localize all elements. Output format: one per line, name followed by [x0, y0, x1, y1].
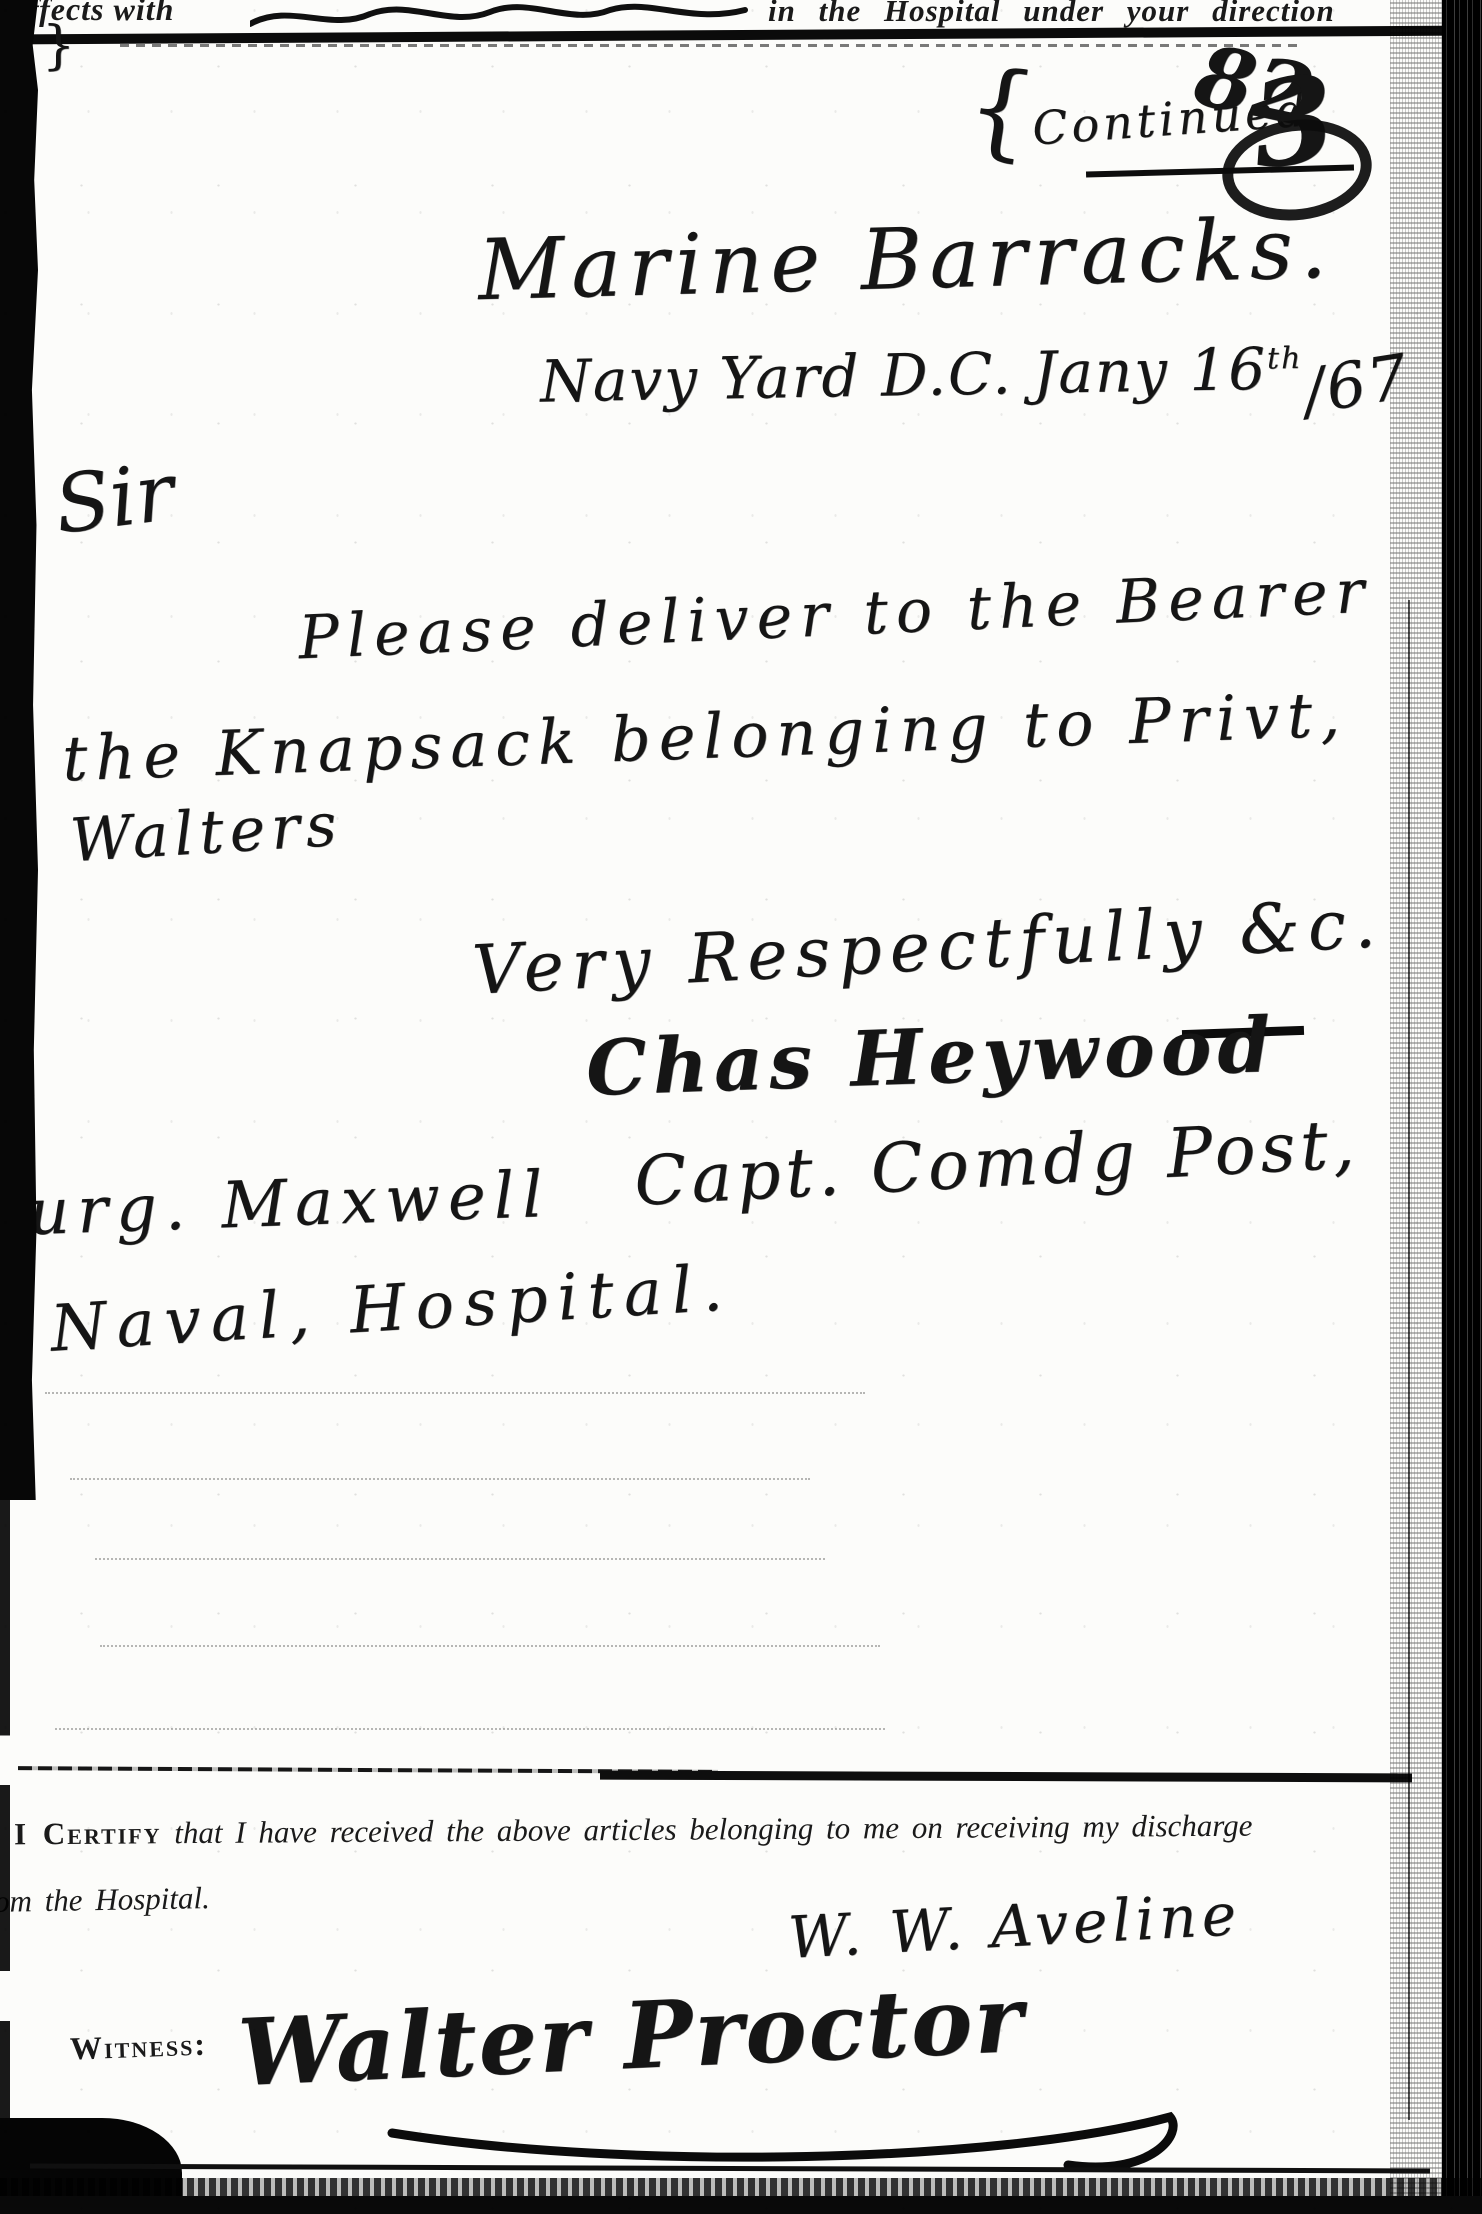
document-page: { "document": { "top_fragment": { "left_…: [0, 0, 1482, 2214]
left-binding-bar: [0, 0, 38, 1500]
page-fold-line: [1408, 600, 1410, 2120]
certification-line-1: I Certify that I have received the above…: [14, 1808, 1253, 1853]
witness-signature: Walter Proctor: [236, 1965, 1027, 2107]
separator-rule-right: [600, 1771, 1412, 1783]
heading-date-ordinal: th: [1267, 341, 1303, 377]
scan-artifact-row: [95, 1558, 825, 1560]
top-fragment-right: in the Hospital under your direction: [768, 0, 1335, 29]
body-line-1: Please deliver to the Bearer: [297, 557, 1374, 674]
certification-rest: that I have received the above articles …: [161, 1808, 1252, 1851]
commander-title: Capt. Comdg Post,: [632, 1105, 1361, 1222]
commander-signature: Chas Heywood: [585, 1000, 1278, 1113]
body-line-2: the Knapsack belonging to Privt,: [61, 678, 1349, 796]
witness-label: Witness:: [69, 2026, 207, 2068]
addressee-name: Surg. Maxwell: [0, 1158, 552, 1252]
left-margin-bracket: }: [42, 16, 75, 76]
heading-date: Navy Yard D.C. Jany 16th/67: [539, 328, 1409, 416]
addressee-place: Naval, Hospital.: [48, 1251, 734, 1367]
certification-lead: I Certify: [14, 1815, 162, 1851]
heading-place: Marine Barracks.: [477, 199, 1335, 319]
scan-artifact-row: [70, 1478, 810, 1480]
heading-date-main: Navy Yard D.C. Jany 16: [539, 335, 1267, 416]
bottom-noise-strip: [0, 2178, 1482, 2198]
bottom-binding-band: [0, 2196, 1482, 2214]
scan-artifact-row: [55, 1728, 885, 1730]
certification-line-2: om the Hospital.: [0, 1880, 210, 1920]
scan-artifact-row: [45, 1392, 865, 1394]
right-binding-band: [1442, 0, 1482, 2214]
recipient-signature: W. W. Aveline: [787, 1880, 1243, 1972]
right-page-edge-speckle: [1390, 0, 1442, 2214]
left-binding-strip: [0, 1500, 10, 2120]
salutation: Sir: [50, 445, 179, 552]
body-line-3: Walters: [68, 790, 344, 877]
witness-signature-flourish: [380, 2095, 1210, 2190]
scan-artifact-row: [100, 1645, 880, 1647]
top-rule-echo: [120, 44, 1300, 47]
valediction: Very Respectfully &c.: [471, 884, 1386, 1011]
